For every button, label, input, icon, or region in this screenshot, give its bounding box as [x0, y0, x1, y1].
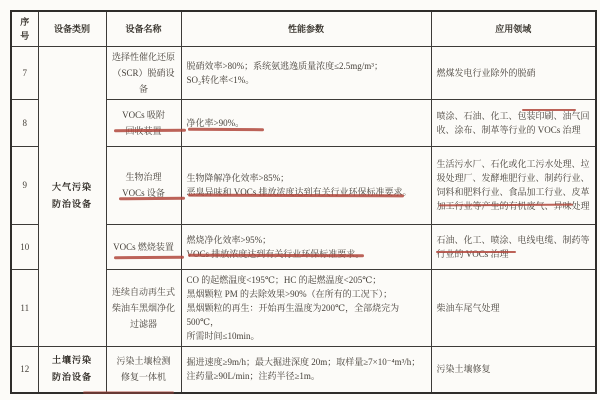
cell-params-11: CO 的起燃温度<195℃；HC 的起燃温度<205℃； 黑烟颗粒 PM 的去除… [181, 269, 431, 346]
cell-application-9: 生活污水厂、石化或化工污水处理、垃圾处理厂、发酵堆肥行业、制药行业、饲料和肥料行… [431, 146, 596, 224]
cell-no-11: 11 [11, 269, 38, 346]
cell-no-7: 7 [11, 46, 38, 99]
table-row: 7 大气污染 防治设备 选择性催化还原 （SCR）脱硝设备 脱硝效率>80%；系… [11, 46, 596, 99]
cell-name-12: 污染土壤检测 修复一体机 [106, 346, 181, 393]
cell-no-9: 9 [11, 146, 38, 224]
cell-params-10: 燃烧净化效率>95%； VOCs 排放浓度达到有关行业环保标准要求。 [181, 224, 431, 269]
col-header-serial: 序号 [11, 11, 38, 46]
cell-application-11: 柴油车尾气处理 [431, 269, 596, 346]
cell-application-12: 污染土壤修复 [431, 346, 596, 393]
cell-name-11: 连续自动再生式 柴油车黑烟净化 过滤器 [106, 269, 181, 346]
cell-application-8: 喷涂、石油、化工、包装印刷、油气回收、涂布、制革等行业的 VOCs 治理 [431, 99, 596, 146]
cell-name-9: 生物治理 VOCs 设备 [106, 146, 181, 224]
cell-application-7: 燃煤发电行业除外的脱硝 [431, 46, 596, 99]
col-header-params: 性能参数 [181, 11, 431, 46]
cell-params-9: 生物降解净化效率>85%； 恶臭异味和 VOCs 排放浓度达到有关行业环保标准要… [181, 146, 431, 224]
cell-name-8: VOCs 吸附 回收装置 [106, 99, 181, 146]
cell-name-10: VOCs 燃烧装置 [106, 224, 181, 269]
cell-no-8: 8 [11, 99, 38, 146]
cell-params-7: 脱硝效率>80%；系统氨逃逸质量浓度≤2.5mg/m³； SO₂转化率<1%。 [181, 46, 431, 99]
cell-params-8: 净化率>90%。 [181, 99, 431, 146]
cell-name-7: 选择性催化还原 （SCR）脱硝设备 [106, 46, 181, 99]
cell-category-soil-pollution: 土壤污染 防治设备 [38, 346, 106, 393]
col-header-application: 应用领域 [431, 11, 596, 46]
col-header-name: 设备名称 [106, 11, 181, 46]
cell-category-air-pollution: 大气污染 防治设备 [38, 46, 106, 346]
cell-application-10: 石油、化工、喷涂、电线电缆、制药等行业的 VOCs 治理 [431, 224, 596, 269]
cell-params-12: 掘进速度≥9m/h；最大掘进深度 20m；取样量≥7×10⁻⁴m³/h； 注药量… [181, 346, 431, 393]
cell-no-10: 10 [11, 224, 38, 269]
equipment-table: 序号 设备类别 设备名称 性能参数 应用领域 7 大气污染 防治设备 选择性催化… [10, 10, 597, 394]
table-row: 12 土壤污染 防治设备 污染土壤检测 修复一体机 掘进速度≥9m/h；最大掘进… [11, 346, 596, 393]
cell-no-12: 12 [11, 346, 38, 393]
header-row: 序号 设备类别 设备名称 性能参数 应用领域 [11, 11, 596, 46]
col-header-category: 设备类别 [38, 11, 106, 46]
